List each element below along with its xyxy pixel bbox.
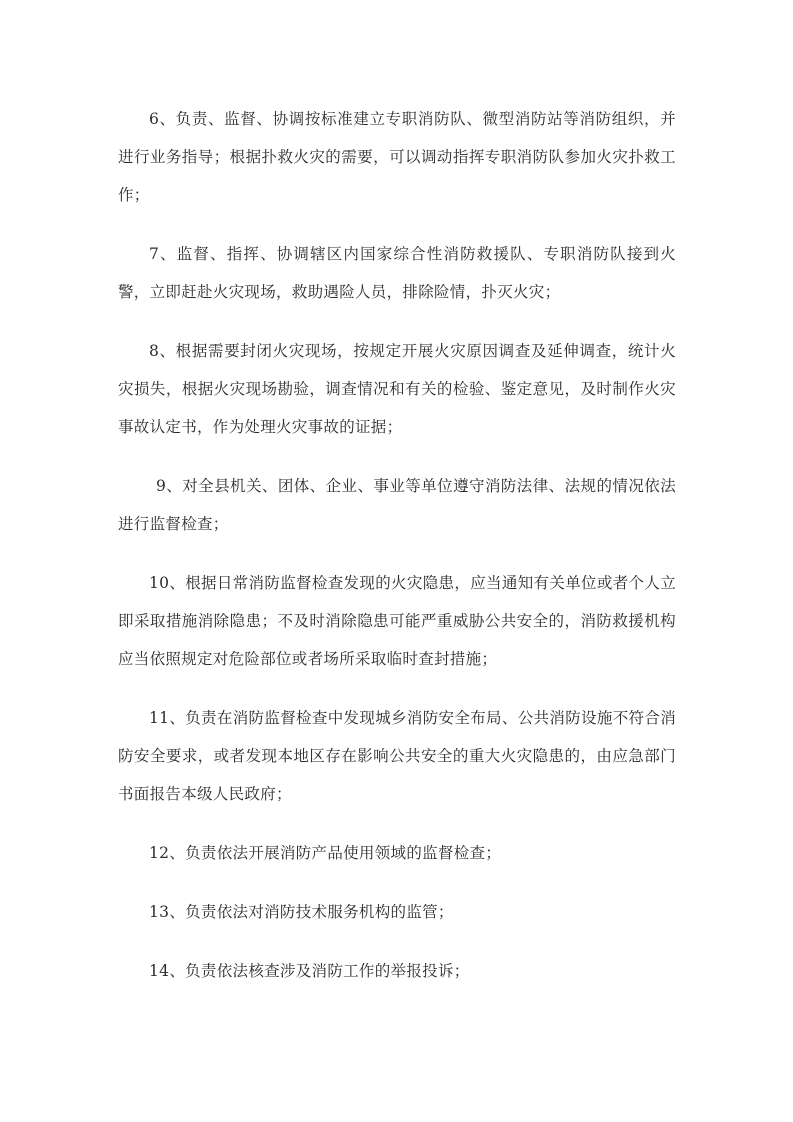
paragraph-item-6: 6、负责、监督、协调按标准建立专职消防队、微型消防站等消防组织，并进行业务指导；…: [118, 100, 676, 214]
paragraph-item-12: 12、负责依法开展消防产品使用领域的监督检查；: [118, 834, 676, 872]
paragraph-item-7: 7、监督、指挥、协调辖区内国家综合性消防救援队、专职消防队接到火警，立即赶赴火灾…: [118, 235, 676, 311]
paragraph-item-10: 10、根据日常消防监督检查发现的火灾隐患，应当通知有关单位或者个人立即采取措施消…: [118, 564, 676, 678]
paragraph-item-13: 13、负责依法对消防技术服务机构的监管；: [118, 893, 676, 931]
paragraph-item-8: 8、根据需要封闭火灾现场，按规定开展火灾原因调查及延伸调查，统计火灾损失，根据火…: [118, 332, 676, 446]
paragraph-item-9: 9、对全县机关、团体、企业、事业等单位遵守消防法律、法规的情况依法进行监督检查；: [118, 467, 676, 543]
paragraph-item-14: 14、负责依法核查涉及消防工作的举报投诉；: [118, 952, 676, 990]
document-page: 6、负责、监督、协调按标准建立专职消防队、微型消防站等消防组织，并进行业务指导；…: [118, 100, 676, 1011]
paragraph-item-11: 11、负责在消防监督检查中发现城乡消防安全布局、公共消防设施不符合消防安全要求，…: [118, 699, 676, 813]
